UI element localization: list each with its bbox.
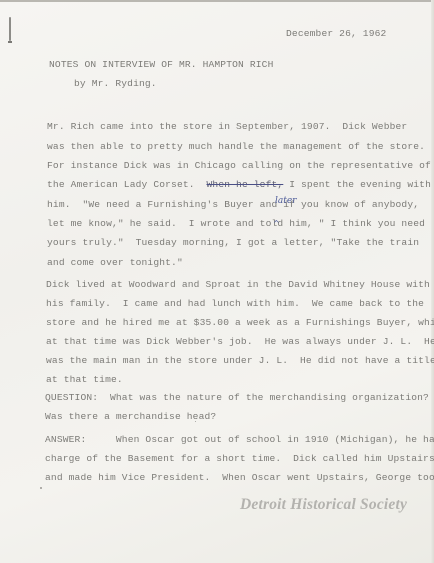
text-line: charge of the Basement for a short time.… [45, 453, 434, 465]
text-line: and made him Vice President. When Oscar … [45, 472, 434, 484]
text-segment: the American Lady Corset. [47, 179, 207, 190]
watermark-detroit-historical-society: Detroit Historical Society [240, 496, 407, 514]
paper-speck [40, 487, 42, 489]
text-line: let me know," he said. I wrote and told … [47, 218, 425, 230]
text-line: Dick lived at Woodward and Sproat in the… [46, 279, 430, 291]
typewritten-page: December 26, 1962 NOTES ON INTERVIEW OF … [0, 0, 434, 563]
text-line: Mr. Rich came into the store in Septembe… [47, 121, 407, 133]
document-date: December 26, 1962 [286, 28, 386, 40]
text-line: was then able to pretty much handle the … [47, 141, 425, 153]
insertion-caret: ^ [273, 219, 280, 228]
text-line: Was there a merchandise head? [45, 411, 216, 423]
paper-top-edge [0, 0, 434, 2]
text-line: For instance Dick was in Chicago calling… [47, 160, 431, 172]
text-line: at that time. [46, 374, 123, 386]
text-line: and come over tonight." [47, 257, 183, 269]
text-line: was the main man in the store under J. L… [46, 355, 434, 367]
handwritten-insertion: later [275, 196, 297, 206]
text-line: store and he hired me at $35.00 a week a… [46, 317, 434, 329]
text-line: yours truly." Tuesday morning, I got a l… [47, 237, 419, 249]
paper-speck [195, 421, 196, 422]
text-line: ANSWER: When Oscar got out of school in … [45, 434, 434, 446]
staple-mark [9, 17, 11, 41]
text-line: his family. I came and had lunch with hi… [46, 298, 424, 310]
text-line: QUESTION: What was the nature of the mer… [45, 392, 429, 404]
text-segment: I spent the evening with [283, 179, 431, 190]
text-line: the American Lady Corset. When he left, … [47, 179, 431, 191]
document-byline: by Mr. Ryding. [74, 78, 157, 90]
text-line: him. "We need a Furnishing's Buyer and i… [47, 199, 419, 211]
document-title: NOTES ON INTERVIEW OF MR. HAMPTON RICH [49, 59, 273, 71]
struck-through-text: When he left, [207, 179, 284, 190]
text-line: at that time was Dick Webber's job. He w… [46, 336, 434, 348]
